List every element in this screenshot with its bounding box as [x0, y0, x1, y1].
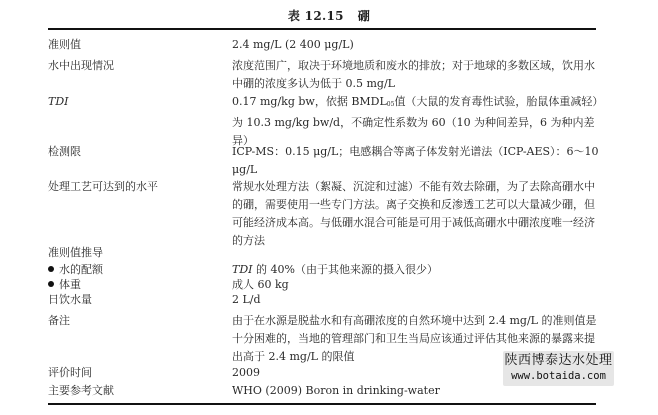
row-label: 水中出现情况 — [48, 57, 228, 75]
row-label: 主要参考文献 — [48, 382, 228, 400]
row-label: 准则值 — [48, 36, 228, 54]
row-label: 检测限 — [48, 143, 228, 161]
table-number: 表 12.15 — [288, 9, 344, 23]
row-label-text: 体重 — [59, 278, 81, 291]
bullet-icon — [48, 266, 54, 272]
tdi-text: 0.17 mg/kg bw，依据 BMDL — [232, 95, 387, 108]
row-value-text: 的 40%（由于其他来源的摄入很少） — [253, 263, 438, 276]
table-top-rule — [48, 28, 596, 30]
row-label: 准则值推导 — [48, 244, 228, 262]
row-label-text: 水的配额 — [59, 263, 103, 276]
row-label: 备注 — [48, 312, 228, 330]
watermark-url: www.botaida.com — [503, 369, 614, 383]
watermark: 陕西博泰达水处理 www.botaida.com — [503, 351, 614, 386]
row-label: TDI — [48, 93, 228, 111]
watermark-company: 陕西博泰达水处理 — [503, 351, 614, 369]
row-value: 2 L/d — [232, 291, 600, 309]
row-label: 评价时间 — [48, 364, 228, 382]
row-value: 常规水处理方法（絮凝、沉淀和过滤）不能有效去除硼，为了去除高硼水中的硼，需要使用… — [232, 178, 600, 250]
table-title: 表 12.15硼 — [0, 7, 658, 24]
table-subject: 硼 — [358, 9, 370, 23]
row-label: 处理工艺可达到的水平 — [48, 178, 228, 196]
row-value: 2.4 mg/L (2 400 μg/L) — [232, 36, 600, 54]
row-value: 浓度范围广，取决于环境地质和废水的排放；对于地球的多数区域，饮用水中硼的浓度多认… — [232, 57, 600, 93]
row-value: ICP-MS：0.15 μg/L；电感耦合等离子体发射光谱法（ICP-AES）：… — [232, 143, 600, 179]
row-label: 日饮水量 — [48, 291, 228, 309]
table-bottom-rule — [48, 403, 596, 405]
row-value: 0.17 mg/kg bw，依据 BMDL05值（大鼠的发育毒性试验，胎鼠体重减… — [232, 93, 600, 150]
bullet-icon — [48, 281, 54, 287]
tdi-term: TDI — [232, 263, 253, 276]
